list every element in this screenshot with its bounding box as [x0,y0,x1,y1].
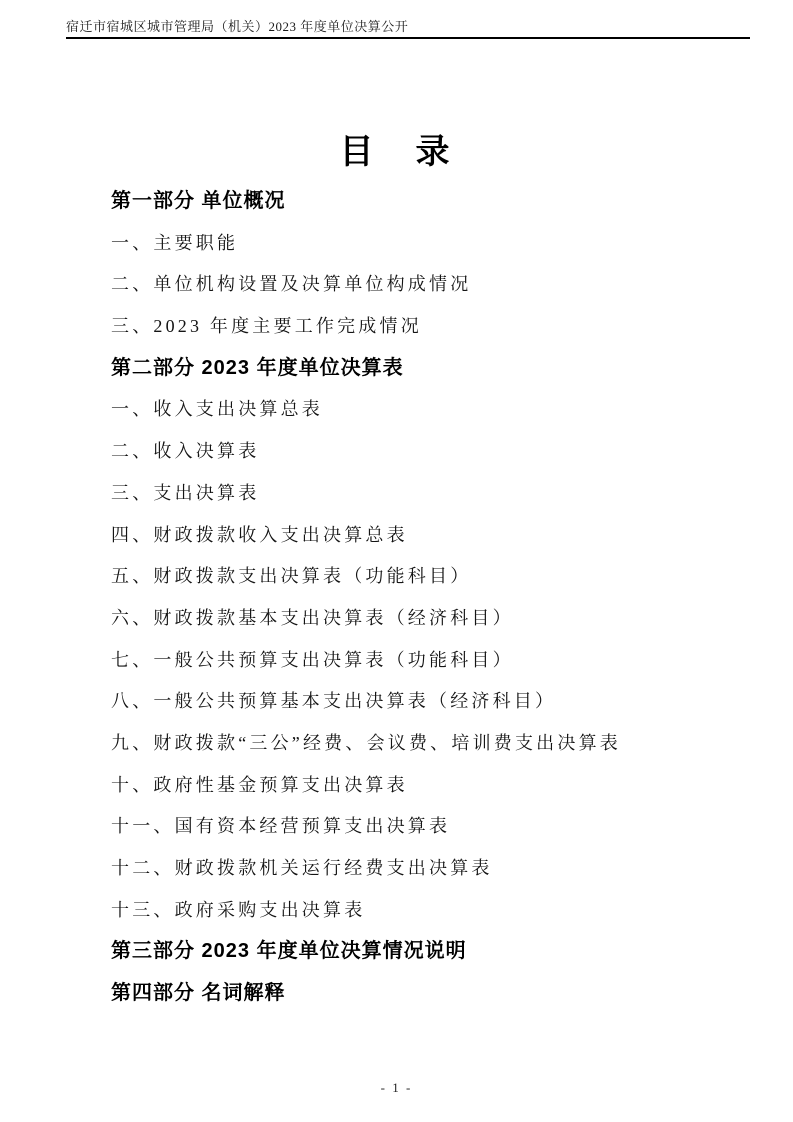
toc-entry: 二、单位机构设置及决算单位构成情况 [111,264,753,306]
toc-entry: 六、财政拨款基本支出决算表（经济科目） [111,598,753,640]
toc-part-heading: 第一部分 单位概况 [111,181,753,223]
toc-entry: 十一、国有资本经营预算支出决算表 [111,806,753,848]
toc-entry: 九、财政拨款“三公”经费、会议费、培训费支出决算表 [111,723,753,765]
toc-entry: 五、财政拨款支出决算表（功能科目） [111,556,753,598]
toc-entry: 一、主要职能 [111,223,753,265]
toc-entry: 四、财政拨款收入支出决算总表 [111,515,753,557]
page-title: 目 录 [0,124,793,173]
toc-part-heading: 第二部分 2023 年度单位决算表 [111,348,753,390]
toc-part-heading: 第四部分 名词解释 [111,973,753,1015]
toc-entry: 十三、政府采购支出决算表 [111,890,753,932]
toc-part-heading: 第三部分 2023 年度单位决算情况说明 [111,931,753,973]
toc-entry: 一、收入支出决算总表 [111,389,753,431]
toc-entry: 十二、财政拨款机关运行经费支出决算表 [111,848,753,890]
toc-entry: 三、支出决算表 [111,473,753,515]
toc-entry: 七、一般公共预算支出决算表（功能科目） [111,640,753,682]
toc-entry: 三、2023 年度主要工作完成情况 [111,306,753,348]
table-of-contents: 第一部分 单位概况 一、主要职能 二、单位机构设置及决算单位构成情况 三、202… [111,181,753,1015]
toc-entry: 八、一般公共预算基本支出决算表（经济科目） [111,681,753,723]
toc-entry: 十、政府性基金预算支出决算表 [111,765,753,807]
toc-entry: 二、收入决算表 [111,431,753,473]
document-page: 宿迁市宿城区城市管理局（机关）2023 年度单位决算公开 目 录 第一部分 单位… [0,0,793,1122]
header-rule [66,37,750,39]
document-header-title: 宿迁市宿城区城市管理局（机关）2023 年度单位决算公开 [66,16,750,35]
page-number: - 1 - [0,1080,793,1096]
